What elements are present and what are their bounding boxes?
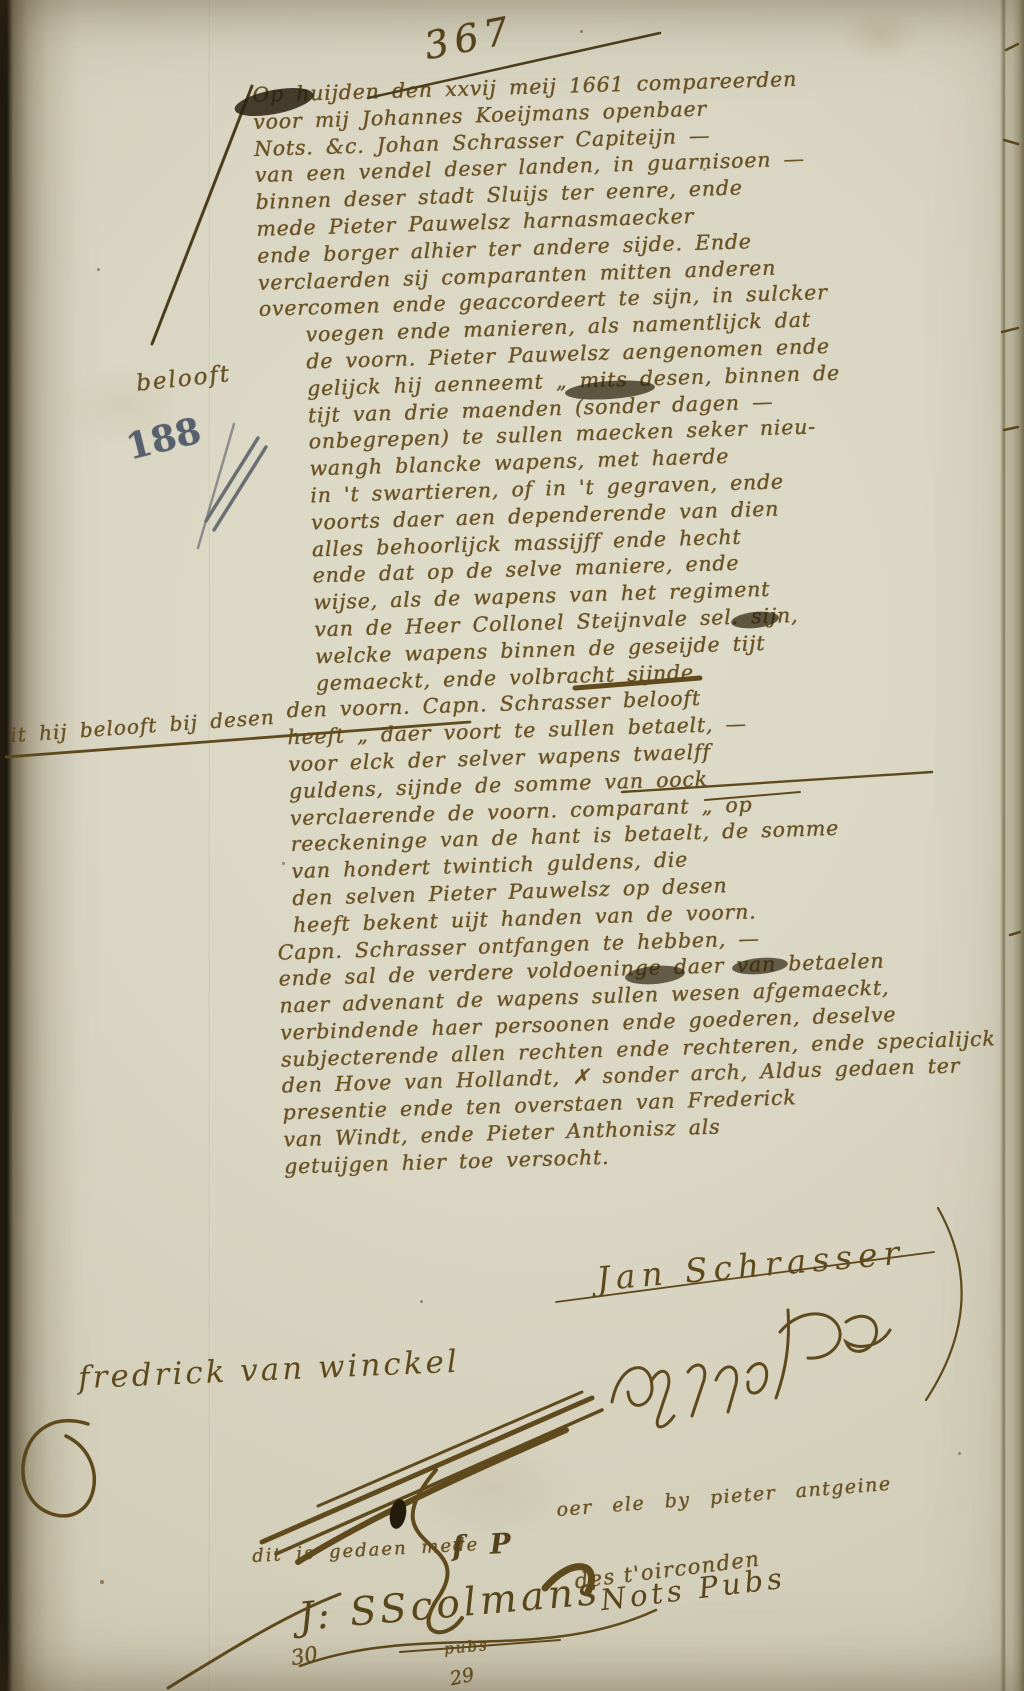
paper-speck	[958, 1452, 961, 1455]
binding-gutter	[0, 0, 80, 1691]
paper-speck	[97, 268, 100, 271]
paper-crease	[208, 0, 212, 1691]
paper-speck	[420, 1300, 423, 1303]
manuscript-scan: 367 belooft 188 it hij belooft bij desen…	[0, 0, 1024, 1691]
page-edge	[1000, 0, 1024, 1691]
paper-speck	[100, 1580, 104, 1584]
number-30: 30	[289, 1642, 319, 1670]
initials-fp: f P	[451, 1526, 519, 1562]
pubs-note: pubs	[443, 1636, 489, 1658]
deed-body-text: Op huijden den xxvij meij 1661 compareer…	[252, 61, 984, 1180]
paper-speck	[580, 30, 583, 33]
